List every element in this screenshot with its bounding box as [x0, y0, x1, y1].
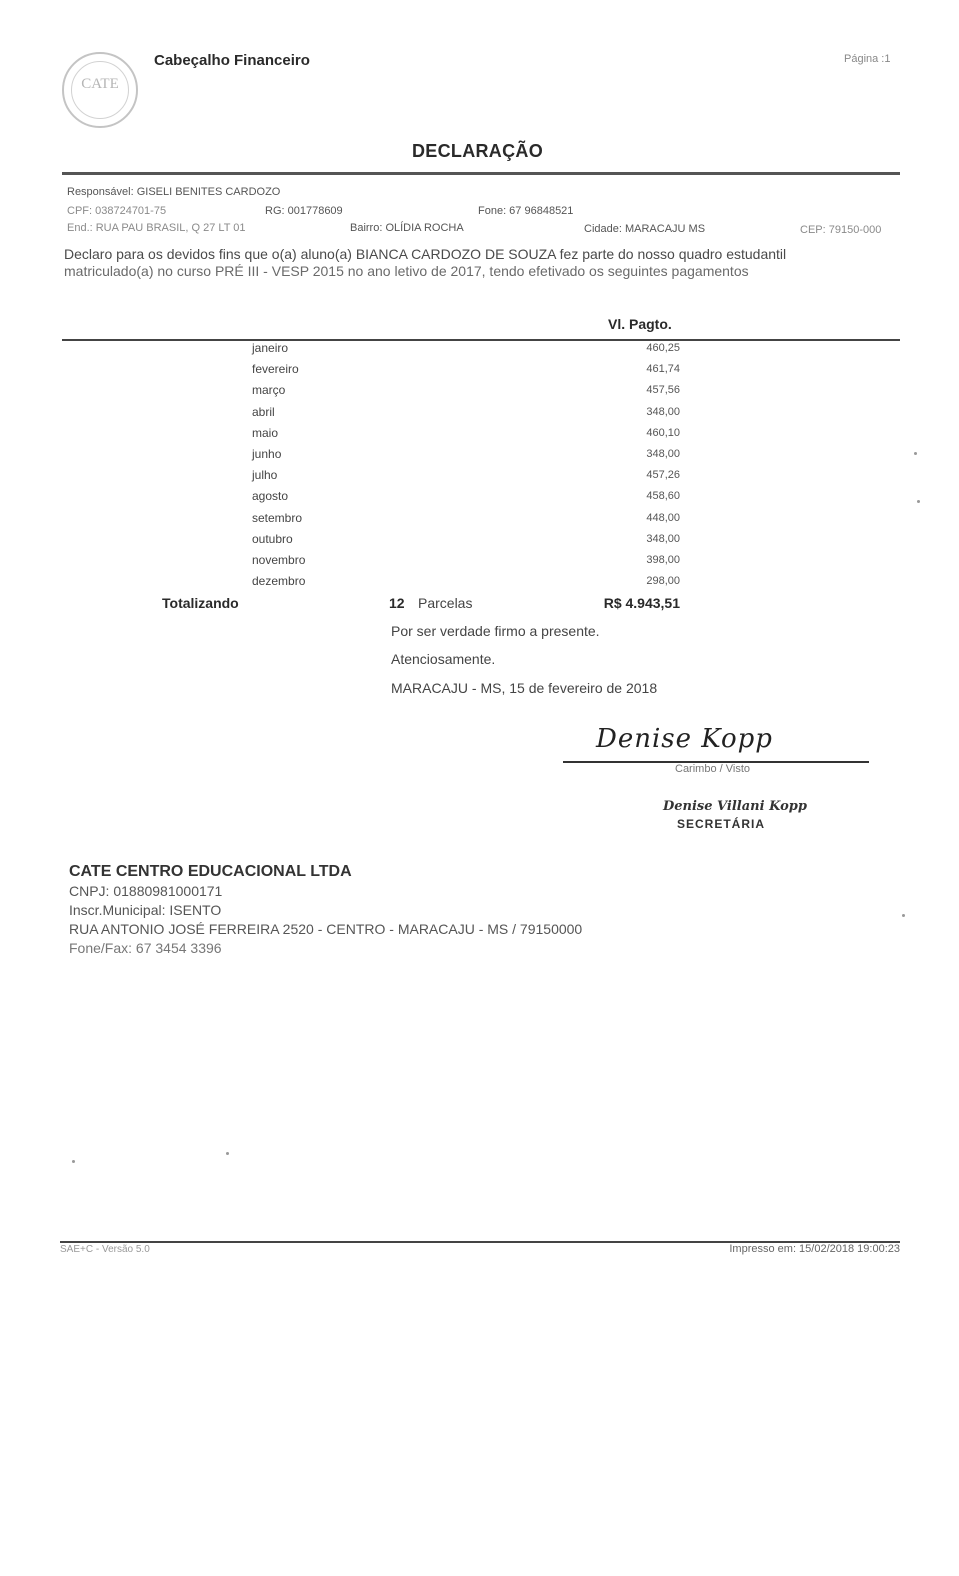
place-date: MARACAJU - MS, 15 de fevereiro de 2018: [391, 680, 657, 696]
payment-month: janeiro: [252, 341, 288, 355]
payment-column-header: Vl. Pagto.: [608, 316, 672, 332]
scan-speck: [72, 1160, 75, 1163]
payment-month: fevereiro: [252, 362, 299, 376]
document-title: DECLARAÇÃO: [412, 141, 543, 162]
header-title: Cabeçalho Financeiro: [154, 52, 310, 69]
handwritten-signature: Denise Kopp: [596, 724, 773, 754]
payment-month: outubro: [252, 532, 293, 546]
responsible-city: Cidade: MARACAJU MS: [584, 223, 705, 235]
installments-label: Parcelas: [418, 595, 472, 611]
payment-month: dezembro: [252, 574, 305, 588]
scan-speck: [902, 914, 905, 917]
table-header-divider: [62, 339, 900, 341]
payment-amount: 461,74: [646, 363, 680, 375]
payment-amount: 460,10: [646, 427, 680, 439]
declaration-line-2: matriculado(a) no curso PRÉ III - VESP 2…: [64, 263, 749, 279]
declaration-line-1: Declaro para os devidos fins que o(a) al…: [64, 246, 786, 262]
payment-amount: 298,00: [646, 575, 680, 587]
responsible-cep: CEP: 79150-000: [800, 224, 881, 236]
print-timestamp: Impresso em: 15/02/2018 19:00:23: [729, 1243, 900, 1255]
responsible-rg: RG: 001778609: [265, 205, 343, 217]
responsible-phone: Fone: 67 96848521: [478, 205, 573, 217]
company-address: RUA ANTONIO JOSÉ FERREIRA 2520 - CENTRO …: [69, 921, 582, 937]
payment-amount: 458,60: [646, 490, 680, 502]
closing-line-2: Atenciosamente.: [391, 651, 495, 667]
responsible-district: Bairro: OLÍDIA ROCHA: [350, 222, 464, 234]
payment-month: agosto: [252, 489, 288, 503]
payment-amount: 457,56: [646, 384, 680, 396]
total-amount: R$ 4.943,51: [604, 595, 680, 611]
payment-month: maio: [252, 426, 278, 440]
payment-month: novembro: [252, 553, 305, 567]
payment-amount: 348,00: [646, 533, 680, 545]
software-version: SAE+C - Versão 5.0: [60, 1244, 150, 1255]
payment-amount: 348,00: [646, 406, 680, 418]
seal-text: CATE: [64, 76, 136, 93]
page-number: Página :1: [844, 53, 890, 65]
payment-amount: 448,00: [646, 512, 680, 524]
installments-count: 12: [389, 595, 405, 611]
scan-speck: [917, 500, 920, 503]
closing-line-1: Por ser verdade firmo a presente.: [391, 623, 600, 639]
company-phone: Fone/Fax: 67 3454 3396: [69, 940, 222, 956]
stamp-role: SECRETÁRIA: [677, 817, 765, 831]
scan-speck: [914, 452, 917, 455]
company-name: CATE CENTRO EDUCACIONAL LTDA: [69, 863, 352, 881]
total-label: Totalizando: [162, 595, 239, 611]
payment-amount: 348,00: [646, 448, 680, 460]
payment-month: setembro: [252, 511, 302, 525]
company-municipal-registration: Inscr.Municipal: ISENTO: [69, 902, 221, 918]
payment-month: junho: [252, 447, 281, 461]
payment-amount: 460,25: [646, 342, 680, 354]
payment-month: abril: [252, 405, 275, 419]
company-cnpj: CNPJ: 01880981000171: [69, 883, 222, 899]
responsible-name: Responsável: GISELI BENITES CARDOZO: [67, 186, 280, 198]
payment-amount: 398,00: [646, 554, 680, 566]
signature-caption: Carimbo / Visto: [675, 763, 750, 775]
school-seal-logo: CATE: [62, 52, 138, 128]
title-divider: [62, 172, 900, 175]
payment-month: março: [252, 383, 285, 397]
stamp-name: Denise Villani Kopp: [663, 799, 807, 814]
payment-month: julho: [252, 468, 277, 482]
scan-speck: [226, 1152, 229, 1155]
payment-amount: 457,26: [646, 469, 680, 481]
responsible-cpf: CPF: 038724701-75: [67, 205, 166, 217]
responsible-address: End.: RUA PAU BRASIL, Q 27 LT 01: [67, 222, 246, 234]
